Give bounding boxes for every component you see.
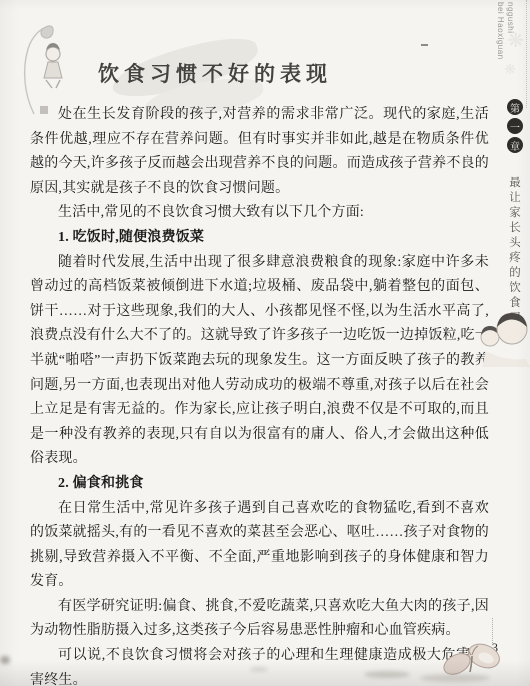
section-title: 饮食习惯不好的表现 [98,58,332,88]
chapter-number-badge: 第 一 章 [507,99,523,153]
list-heading-1: 1. 吃饭时,随便浪费饭菜 [30,226,489,251]
pinyin-line: bei Haoxiguan [495,2,505,60]
peeking-children-illustration [478,303,530,367]
paragraph: 有医学研究证明:偏食、挑食,不爱吃蔬菜,只喜欢吃大鱼大肉的孩子,因为动物性脂肪摄… [30,595,489,644]
badge-char: 章 [507,137,523,153]
dotted-edge-line [526,0,527,108]
pinyin-line: nggushi [505,2,515,60]
list-heading-2: 2. 偏食和挑食 [30,472,489,497]
paragraph: 处在生长发育阶段的孩子,对营养的需求非常广泛。现代的家庭,生活条件优越,理应不存… [30,103,489,201]
flower-watermark: ❋ [504,62,516,79]
pinyin-running-head: nggushi bei Haoxiguan [495,2,515,60]
book-page: { "page": { "number": "3" }, "header": {… [0,0,530,686]
badge-char: 第 [507,99,523,115]
chapter-section-header: 饮食习惯不好的表现 [92,40,352,100]
paragraph: 在日常生活中,常见许多孩子遇到自己喜欢吃的食物猛吃,看到不喜欢的饭菜就摇头,有的… [30,497,489,595]
paragraph: 生活中,常见的不良饮食习惯大致有以下几个方面: [30,201,489,226]
butterfly-decoration [442,638,504,686]
scan-artifact [0,656,10,664]
paragraph: 可以说,不良饮食习惯将会对孩子的心理和生理健康造成极大危害,贻害终生。 [30,644,489,686]
paragraph: 随着时代发展,生活中出现了很多肆意浪费粮食的现象:家庭中许多未曾动过的高档饭菜被… [30,251,489,472]
badge-char: 一 [507,118,523,134]
scan-speck [421,44,428,46]
body-text: 处在生长发育阶段的孩子,对营养的需求非常广泛。现代的家庭,生活条件优越,理应不存… [30,103,489,686]
